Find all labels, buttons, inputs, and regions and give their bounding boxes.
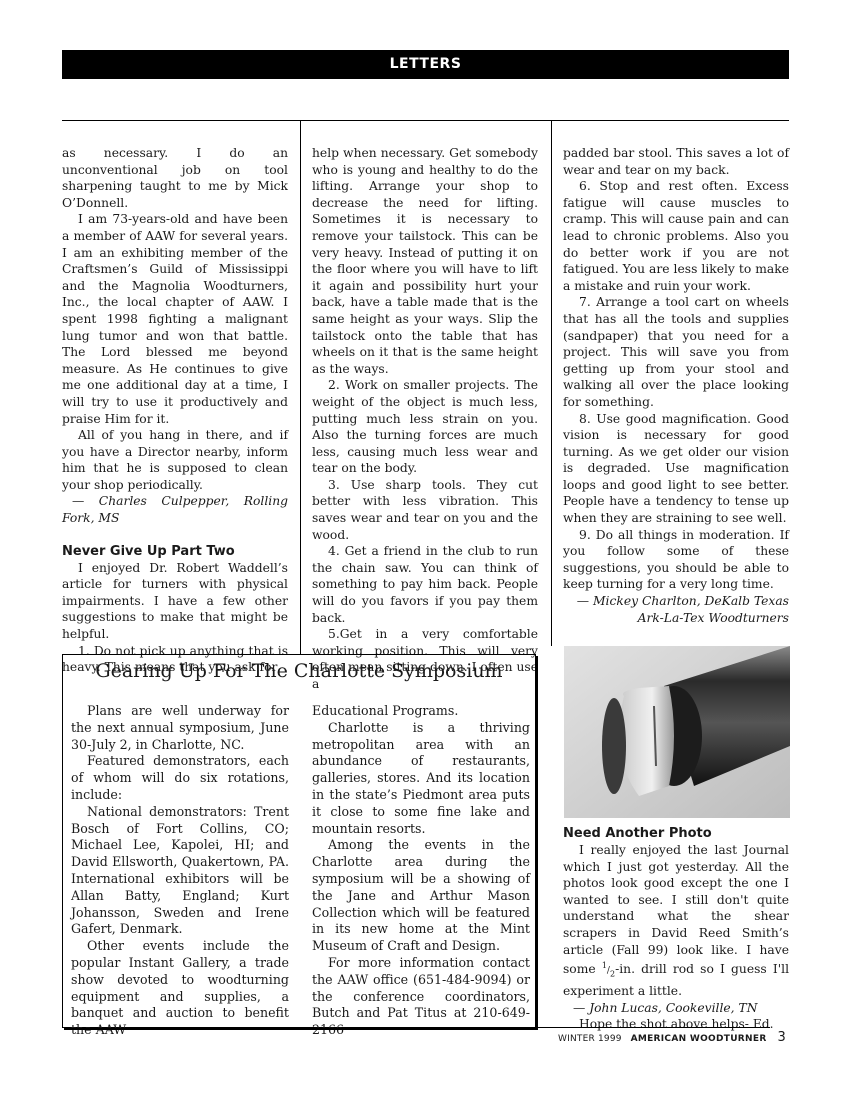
drill-rod-image [564, 646, 790, 818]
section-banner: LETTERS [62, 50, 789, 79]
letter-signature: — Mickey Charlton, DeKalb Texas [563, 593, 789, 610]
footer-rule [538, 1027, 770, 1028]
paragraph: help when necessary. Get somebody who is… [312, 145, 538, 377]
magazine-name: AMERICAN WOODTURNER [631, 1034, 767, 1044]
paragraph: Educational Programs. [312, 703, 530, 720]
box-shadow [64, 1028, 538, 1030]
paragraph-text: I really enjoyed the last Journal which … [563, 843, 789, 976]
box-shadow [536, 656, 538, 1030]
paragraph: 7. Arrange a tool cart on wheels that ha… [563, 294, 789, 410]
letter-need-another-photo: Need Another Photo I really enjoyed the … [563, 825, 789, 1033]
paragraph: Plans are well underway for the next ann… [71, 703, 289, 753]
letter-heading: Never Give Up Part Two [62, 543, 288, 560]
paragraph: All of you hang in there, and if you hav… [62, 427, 288, 493]
sidebar-column-left: Plans are well underway for the next ann… [71, 703, 289, 1039]
paragraph: 8. Use good magnification. Good vision i… [563, 411, 789, 527]
paragraph: 9. Do all things in moderation. If you f… [563, 527, 789, 593]
paragraph: I really enjoyed the last Journal which … [563, 842, 789, 1000]
letter-column-3: padded bar stool. This saves a lot of we… [563, 145, 789, 626]
column-divider-1 [300, 121, 301, 654]
letter-signature: — Charles Culpepper, Rolling Fork, MS [62, 493, 288, 526]
letter-signature-affiliation: Ark-La-Tex Woodturners [563, 610, 789, 627]
paragraph: 3. Use sharp tools. They cut better with… [312, 477, 538, 543]
top-rule [62, 120, 789, 121]
paragraph: 6. Stop and rest often. Excess fatigue w… [563, 178, 789, 294]
paragraph: Among the events in the Charlotte area d… [312, 837, 530, 955]
paragraph: Featured demonstrators, each of whom wil… [71, 753, 289, 803]
column-divider-2 [551, 121, 552, 646]
letter-signature: — John Lucas, Cookeville, TN [563, 1000, 789, 1017]
paragraph: padded bar stool. This saves a lot of we… [563, 145, 789, 178]
symposium-sidebar-box: Gearing Up For The Charlotte Symposium P… [62, 654, 536, 1028]
sidebar-title: Gearing Up For The Charlotte Symposium [63, 658, 535, 684]
letter-column-1: as necessary. I do an unconventional job… [62, 145, 288, 676]
issue-season: WINTER 1999 [558, 1034, 622, 1044]
paragraph: For more information contact the AAW off… [312, 955, 530, 1039]
sidebar-column-right: Educational Programs. Charlotte is a thr… [312, 703, 530, 1039]
letter-column-2: help when necessary. Get somebody who is… [312, 145, 538, 693]
paragraph: National demonstrators: Trent Bosch of F… [71, 804, 289, 938]
paragraph: I am 73-years-old and have been a member… [62, 211, 288, 427]
shear-scraper-photo [564, 646, 790, 818]
page-footer: WINTER 1999 AMERICAN WOODTURNER 3 [558, 1030, 786, 1045]
paragraph: as necessary. I do an unconventional job… [62, 145, 288, 211]
paragraph: 4. Get a friend in the club to run the c… [312, 543, 538, 626]
page-number: 3 [777, 1030, 785, 1045]
paragraph: Other events include the popular Instant… [71, 938, 289, 1039]
letter-heading: Need Another Photo [563, 825, 789, 842]
paragraph: Charlotte is a thriving metropolitan are… [312, 720, 530, 838]
paragraph: I enjoyed Dr. Robert Waddell’s article f… [62, 560, 288, 643]
section-title: LETTERS [390, 56, 462, 72]
paragraph: 2. Work on smaller projects. The weight … [312, 377, 538, 477]
